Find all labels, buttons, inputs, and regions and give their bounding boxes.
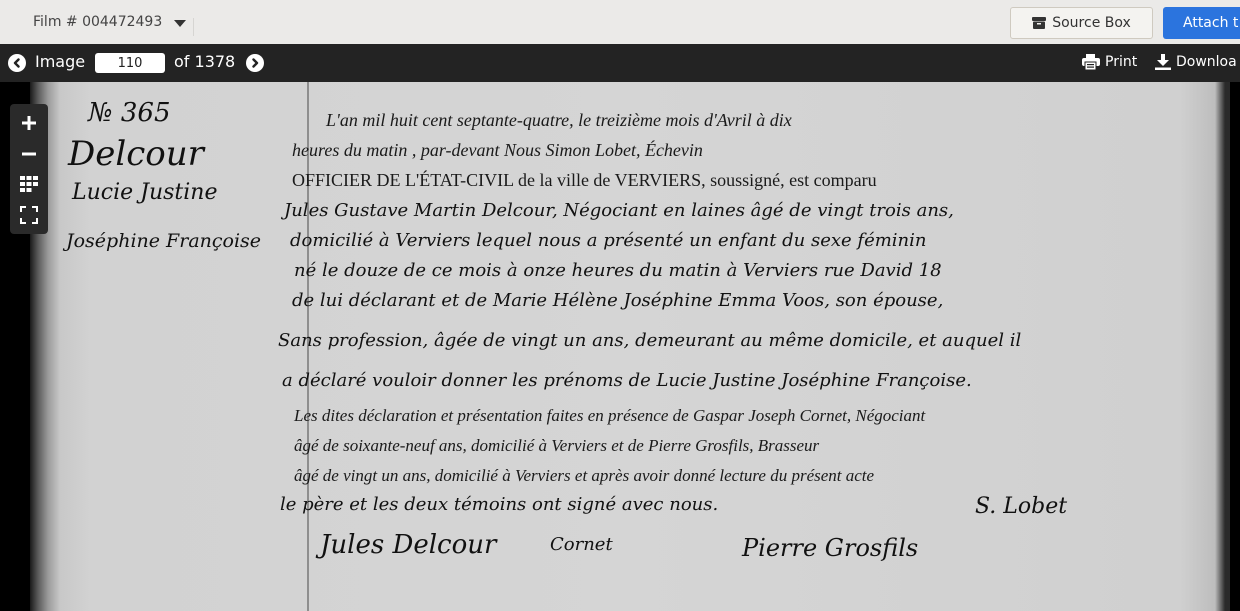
image-label: Image: [35, 52, 85, 71]
record-line-6: né le douze de ce mois à onze heures du …: [294, 260, 942, 281]
record-line-4: Jules Gustave Martin Delcour, Négociant …: [284, 200, 954, 221]
printer-icon: [1082, 54, 1100, 70]
download-label: Downloa: [1176, 54, 1237, 70]
film-selector[interactable]: Film # 004472493: [33, 14, 186, 30]
record-line-11: âgé de soixante-neuf ans, domicilié à Ve…: [294, 436, 819, 456]
record-line-1: L'an mil huit cent septante-quatre, le t…: [326, 110, 792, 131]
record-line-2: heures du matin , par-devant Nous Simon …: [292, 140, 703, 161]
divider: [193, 18, 194, 36]
source-box-button[interactable]: Source Box: [1010, 7, 1153, 39]
previous-image-button[interactable]: [8, 54, 26, 72]
image-total: of 1378: [174, 52, 235, 71]
signature-father: Jules Delcour: [320, 530, 496, 560]
chevron-left-icon: [12, 58, 22, 68]
signature-officer: S. Lobet: [975, 494, 1067, 519]
record-line-7: de lui déclarant et de Marie Hélène José…: [292, 290, 943, 311]
document-image[interactable]: № 365 Delcour Lucie Justine Joséphine Fr…: [30, 82, 1230, 611]
record-line-12: âgé de vingt un ans, domicilié à Vervier…: [294, 466, 874, 486]
header-bar: Film # 004472493 Source Box Attach t: [0, 0, 1240, 44]
chevron-down-icon[interactable]: [174, 20, 186, 27]
plus-icon: [22, 116, 36, 130]
zoom-controls: [10, 104, 48, 234]
film-number: Film # 004472493: [33, 14, 162, 30]
viewer-toolbar: Image of 1378 Print Downloa: [0, 44, 1240, 82]
print-button[interactable]: Print: [1082, 54, 1137, 70]
record-line-13: le père et les deux témoins ont signé av…: [280, 494, 718, 515]
record-line-3: OFFICIER DE L'ÉTAT-CIVIL de la ville de …: [292, 170, 877, 191]
margin-surname: Delcour: [68, 134, 204, 174]
source-box-label: Source Box: [1052, 15, 1131, 31]
signature-witness-2: Pierre Grosfils: [742, 534, 918, 562]
record-line-5: domicilié à Verviers lequel nous a prése…: [290, 230, 927, 251]
image-viewport[interactable]: № 365 Delcour Lucie Justine Joséphine Fr…: [0, 82, 1240, 611]
margin-given-names-2: Joséphine Françoise: [66, 230, 261, 252]
chevron-right-icon: [250, 58, 260, 68]
fullscreen-icon: [20, 206, 38, 224]
zoom-in-button[interactable]: [14, 109, 44, 137]
thumbnail-grid-button[interactable]: [14, 170, 44, 198]
record-line-9: a déclaré vouloir donner les prénoms de …: [282, 370, 972, 391]
archive-box-icon: [1032, 17, 1046, 29]
margin-given-names-1: Lucie Justine: [72, 180, 218, 205]
record-number: № 365: [88, 98, 171, 128]
zoom-out-button[interactable]: [14, 140, 44, 168]
download-button[interactable]: Downloa: [1155, 54, 1237, 70]
download-icon: [1155, 54, 1171, 70]
record-line-8: Sans profession, âgée de vingt un ans, d…: [278, 330, 1021, 351]
grid-icon: [20, 176, 38, 192]
next-image-button[interactable]: [246, 54, 264, 72]
attach-to-tree-button[interactable]: Attach t: [1163, 7, 1240, 39]
signature-witness-1: Cornet: [550, 534, 613, 555]
minus-icon: [22, 147, 36, 161]
fullscreen-button[interactable]: [14, 201, 44, 229]
record-line-10: Les dites déclaration et présentation fa…: [294, 406, 925, 426]
print-label: Print: [1105, 54, 1137, 70]
attach-label: Attach t: [1183, 15, 1238, 31]
image-number-input[interactable]: [95, 53, 165, 73]
